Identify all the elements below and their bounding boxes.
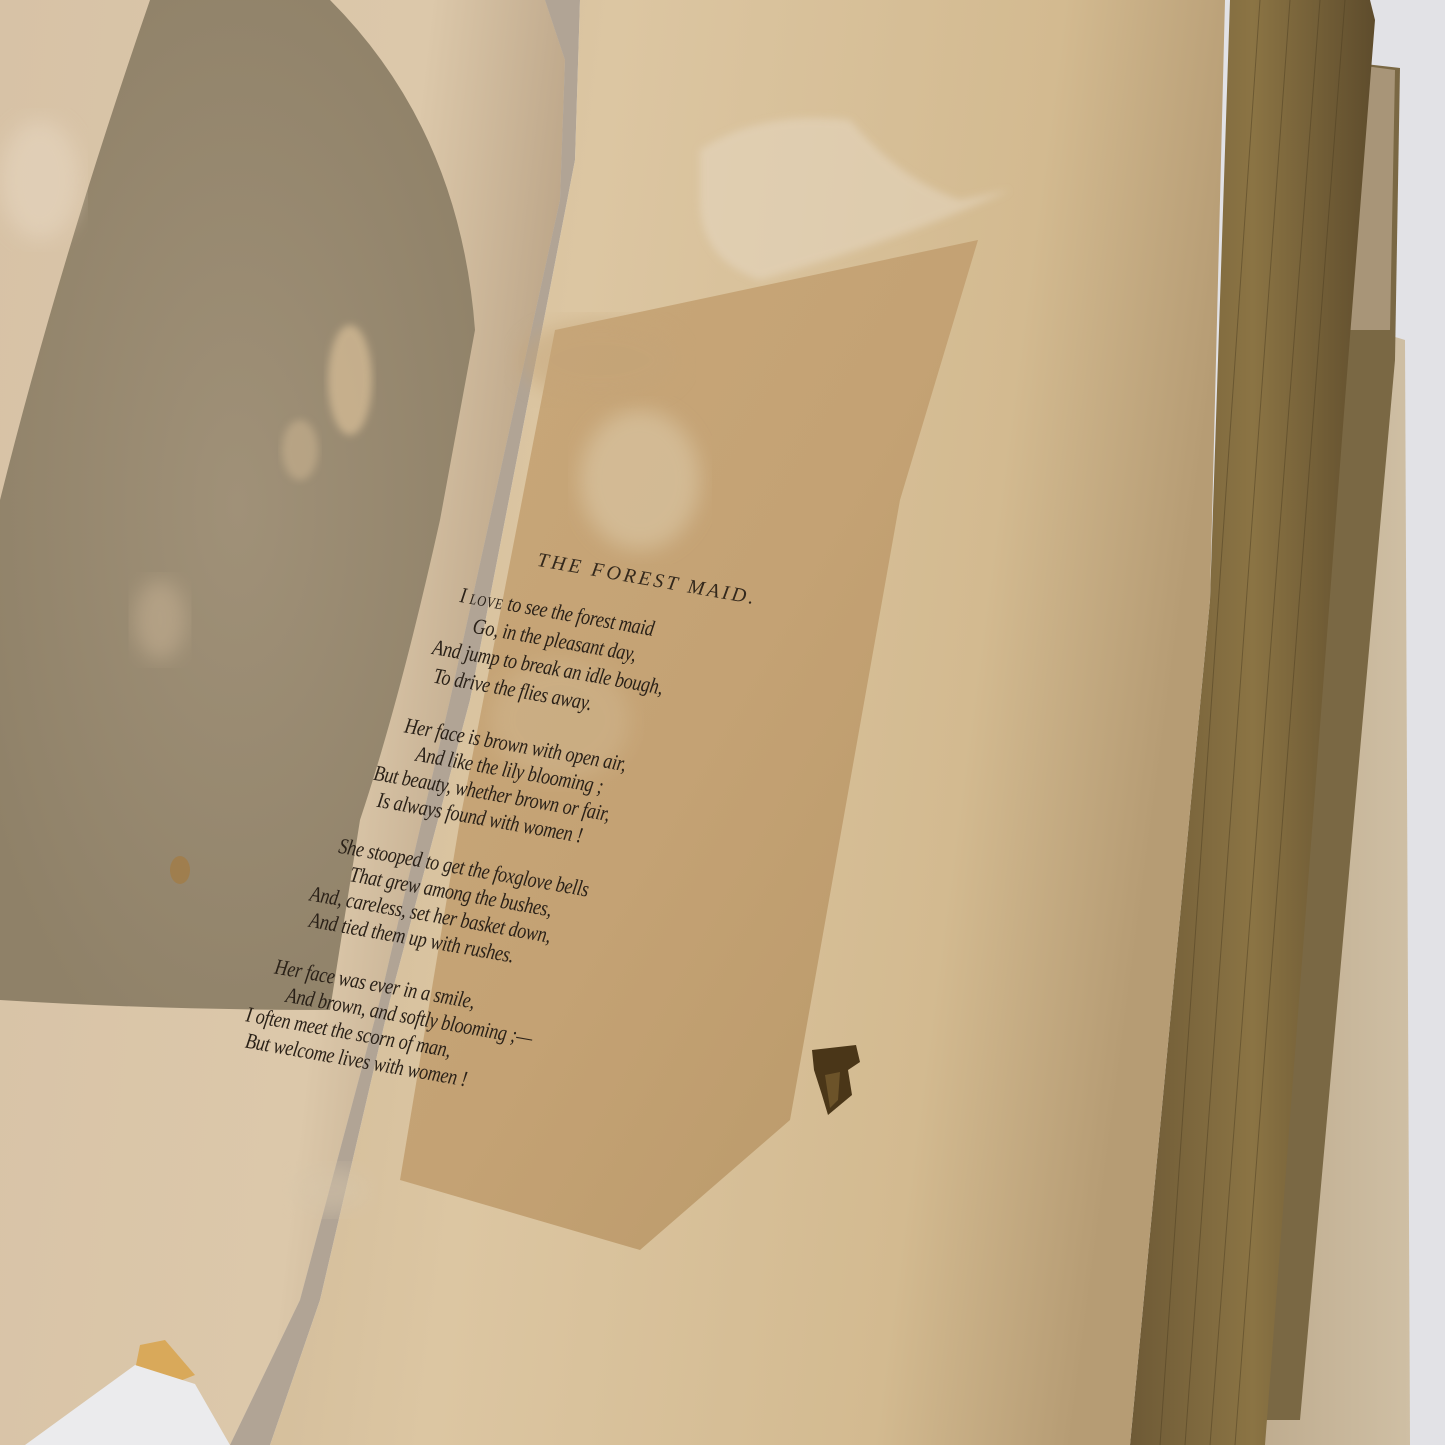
book-illustration bbox=[0, 0, 1445, 1445]
book-photo: THE FOREST MAID. I LOVE to see the fores… bbox=[0, 0, 1445, 1445]
